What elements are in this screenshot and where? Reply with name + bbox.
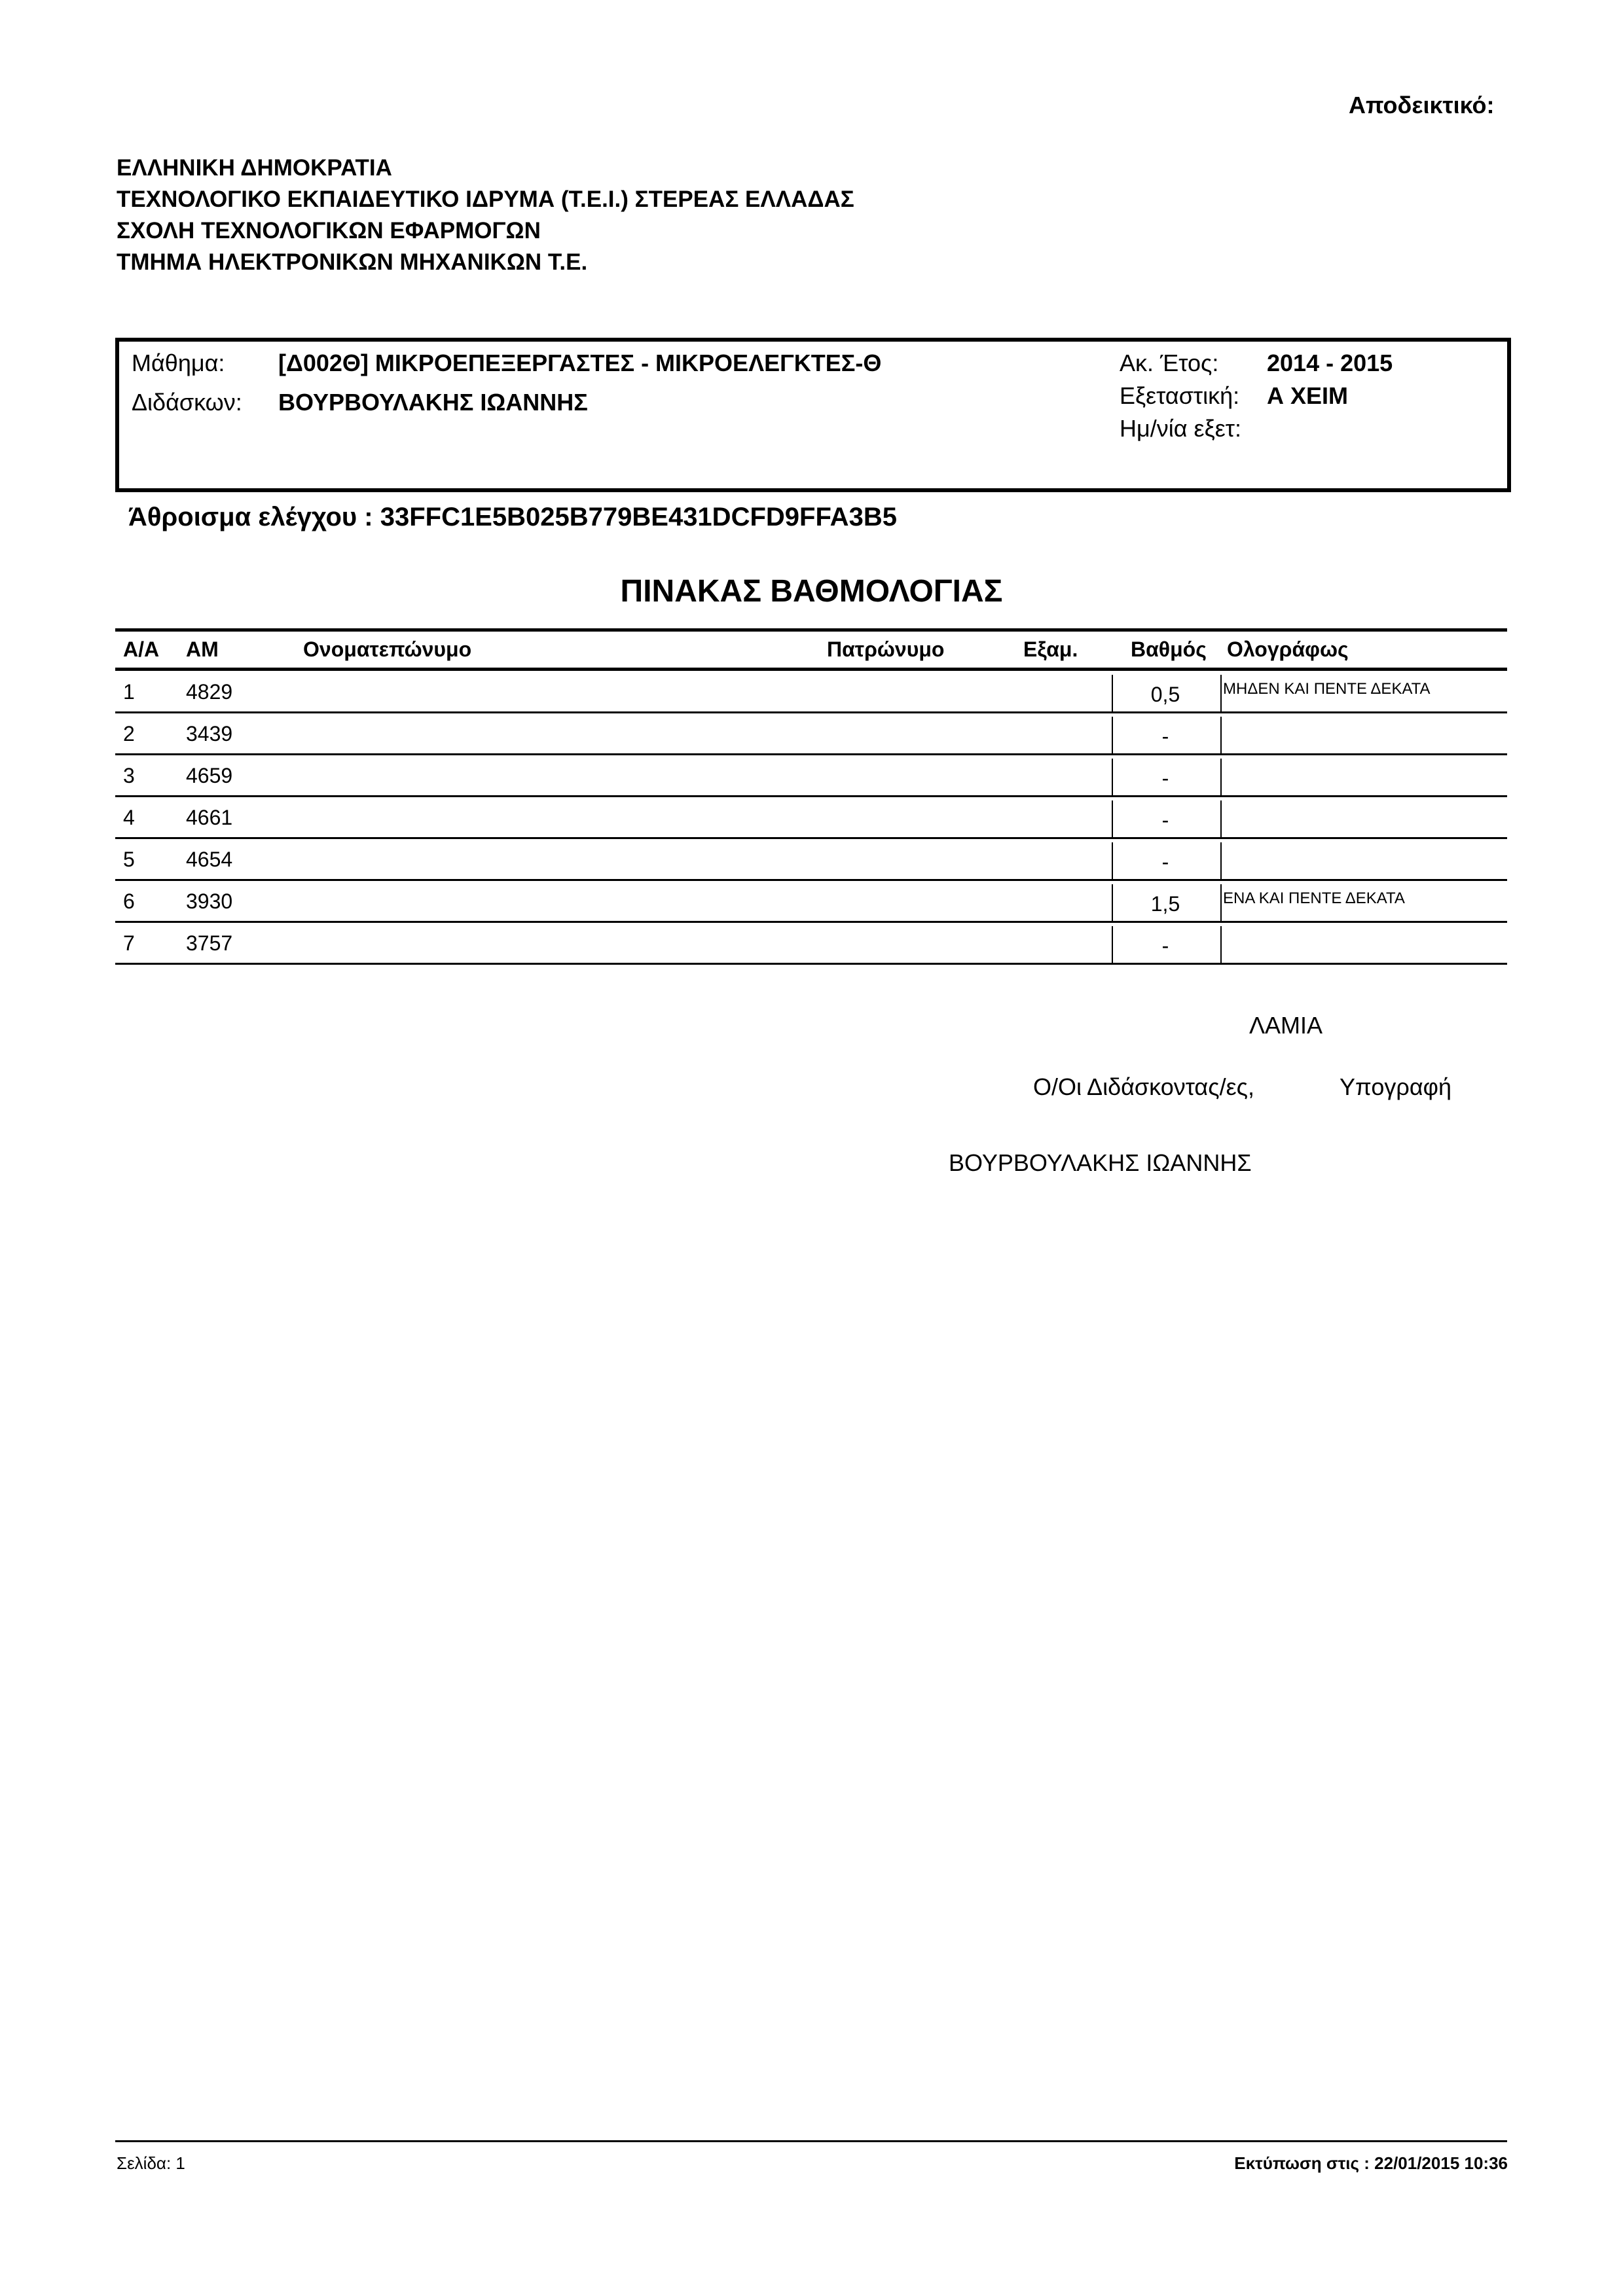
cell-aa: 6	[123, 889, 135, 914]
words-column-divider	[1220, 884, 1222, 922]
header-am: ΑΜ	[186, 637, 219, 662]
header-semester: Εξαμ.	[1023, 637, 1078, 662]
cell-am: 4659	[186, 764, 232, 788]
cell-grade: -	[1113, 725, 1218, 749]
city: ΛΑΜΙΑ	[1249, 1012, 1322, 1039]
grade-column-divider	[1112, 800, 1113, 838]
checksum: Άθροισμα ελέγχου : 33FFC1E5B025B779BE431…	[128, 503, 897, 532]
cell-am: 3757	[186, 931, 232, 956]
exam-period-value: Α ΧΕΙΜ	[1267, 382, 1348, 410]
row-rule	[115, 963, 1507, 965]
row-rule	[115, 795, 1507, 797]
org-line-school: ΣΧΟΛΗ ΤΕΧΝΟΛΟΓΙΚΩΝ ΕΦΑΡΜΟΓΩΝ	[117, 218, 541, 244]
org-line-department: ΤΜΗΜΑ ΗΛΕΚΤΡΟΝΙΚΩΝ ΜΗΧΑΝΙΚΩΝ Τ.Ε.	[117, 249, 587, 276]
cell-grade: -	[1113, 766, 1218, 791]
course-label: Μάθημα:	[132, 350, 225, 377]
words-column-divider	[1220, 717, 1222, 755]
cell-aa: 4	[123, 806, 135, 830]
footer-rule	[115, 2140, 1507, 2142]
cell-am: 4829	[186, 680, 232, 704]
cell-words: ΜΗΔΕΝ ΚΑΙ ΠΕΝΤΕ ΔΕΚΑΤΑ	[1223, 680, 1431, 698]
org-line-republic: ΕΛΛΗΝΙΚΗ ΔΗΜΟΚΡΑΤΙΑ	[117, 155, 392, 181]
cell-grade: -	[1113, 850, 1218, 874]
course-value: [Δ002Θ] ΜΙΚΡΟΕΠΕΞΕΡΓΑΣΤΕΣ - ΜΙΚΡΟΕΛΕΓΚΤΕ…	[278, 350, 881, 377]
header-aa: Α/Α	[123, 637, 159, 662]
instructor-label: Διδάσκων:	[132, 389, 242, 416]
exam-date-label: Ημ/νία εξετ:	[1120, 415, 1241, 442]
row-rule	[115, 753, 1507, 755]
cell-aa: 2	[123, 722, 135, 746]
row-rule	[115, 879, 1507, 881]
table-top-rule	[115, 628, 1507, 632]
row-rule	[115, 921, 1507, 923]
header-bottom-rule	[115, 668, 1507, 671]
header-grade: Βαθμός	[1131, 637, 1207, 662]
exam-period-label: Εξεταστική:	[1120, 382, 1239, 410]
header-father: Πατρώνυμο	[827, 637, 944, 662]
cell-grade: 0,5	[1113, 683, 1218, 707]
academic-year-label: Ακ. Έτος:	[1120, 350, 1218, 377]
grade-column-divider	[1112, 675, 1113, 713]
cell-am: 4654	[186, 848, 232, 872]
receipt-label: Αποδεικτικό:	[1349, 92, 1494, 119]
grade-column-divider	[1112, 884, 1113, 922]
instructors-label: Ο/Οι Διδάσκοντας/ες,	[1033, 1073, 1254, 1101]
grade-column-divider	[1112, 926, 1113, 964]
header-words: Ολογράφως	[1227, 637, 1349, 662]
cell-grade: 1,5	[1113, 892, 1218, 916]
cell-words: ΕΝΑ ΚΑΙ ΠΕΝΤΕ ΔΕΚΑΤΑ	[1223, 889, 1405, 908]
grade-column-divider	[1112, 717, 1113, 755]
words-column-divider	[1220, 675, 1222, 713]
cell-am: 4661	[186, 806, 232, 830]
org-line-institution: ΤΕΧΝΟΛΟΓΙΚΟ ΕΚΠΑΙΔΕΥΤΙΚΟ ΙΔΡΥΜΑ (Τ.Ε.Ι.)…	[117, 187, 854, 213]
instructor-signature-name: ΒΟΥΡΒΟΥΛΑΚΗΣ ΙΩΑΝΝΗΣ	[949, 1149, 1252, 1177]
table-title: ΠΙΝΑΚΑΣ ΒΑΘΜΟΛΟΓΙΑΣ	[0, 573, 1623, 609]
words-column-divider	[1220, 926, 1222, 964]
words-column-divider	[1220, 759, 1222, 797]
print-timestamp: Εκτύπωση στις : 22/01/2015 10:36	[1234, 2153, 1508, 2174]
cell-grade: -	[1113, 808, 1218, 833]
header-name: Ονοματεπώνυμο	[303, 637, 471, 662]
instructor-value: ΒΟΥΡΒΟΥΛΑΚΗΣ ΙΩΑΝΝΗΣ	[278, 389, 588, 416]
page-number: Σελίδα: 1	[117, 2153, 185, 2174]
row-rule	[115, 711, 1507, 713]
grade-column-divider	[1112, 842, 1113, 880]
words-column-divider	[1220, 842, 1222, 880]
cell-am: 3439	[186, 722, 232, 746]
cell-aa: 1	[123, 680, 135, 704]
cell-am: 3930	[186, 889, 232, 914]
signature-label: Υπογραφή	[1340, 1073, 1451, 1101]
academic-year-value: 2014 - 2015	[1267, 350, 1393, 377]
cell-aa: 3	[123, 764, 135, 788]
cell-grade: -	[1113, 934, 1218, 958]
cell-aa: 5	[123, 848, 135, 872]
cell-aa: 7	[123, 931, 135, 956]
words-column-divider	[1220, 800, 1222, 838]
row-rule	[115, 837, 1507, 839]
grade-column-divider	[1112, 759, 1113, 797]
